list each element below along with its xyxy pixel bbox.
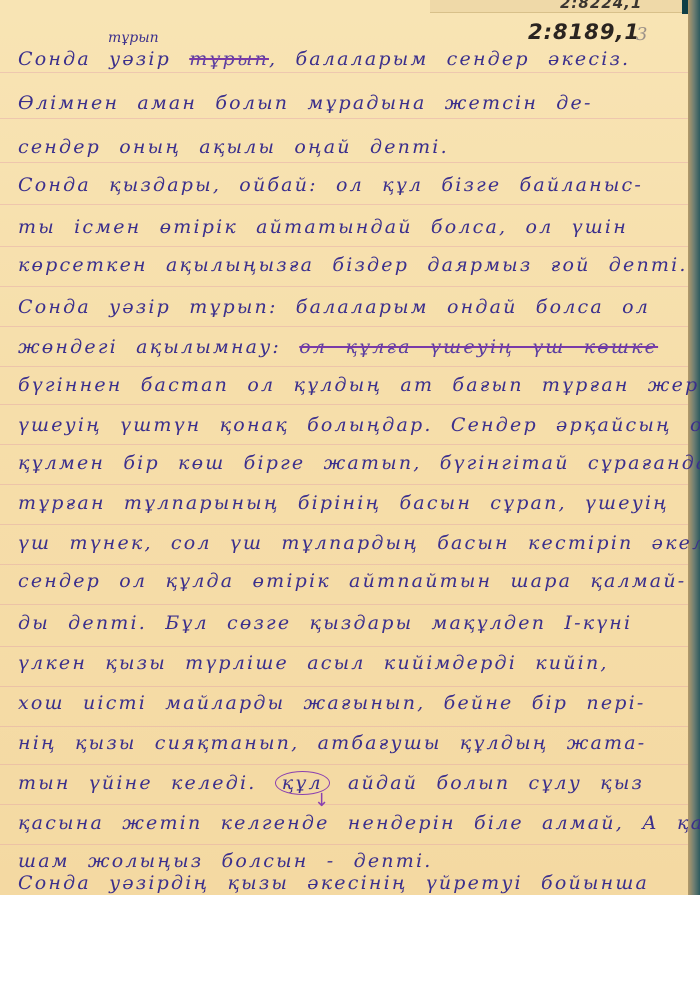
- ruled-line: [0, 366, 688, 367]
- manuscript-line-19: тын үйіне келеді. құл айдай болып сұлу қ…: [18, 772, 644, 794]
- archive-number: 2:8189,1: [528, 20, 640, 44]
- ruled-line: [0, 204, 688, 205]
- page-right-edge: [688, 0, 700, 895]
- manuscript-line-1: Сонда уәзір тұрып, балаларым сендер әкес…: [18, 48, 630, 70]
- manuscript-line-11: құлмен бір көш бірге жатып, бүгінгітай с…: [18, 452, 700, 474]
- manuscript-line-13: үш түнек, сол үш тұлпардың басын кестірі…: [18, 532, 700, 554]
- ruled-line: [0, 646, 688, 647]
- ruled-line: [0, 524, 688, 525]
- manuscript-line-14: сендер ол құлда өтірік айтпайтын шара қа…: [18, 570, 686, 592]
- manuscript-line-8: жөндегі ақылымнау: ол құлға үшеуің үш кө…: [18, 336, 658, 358]
- ruled-line: [0, 764, 688, 765]
- manuscript-line-22: Сонда уәзірдің қызы әкесінің үйретуі бой…: [18, 872, 649, 894]
- ruled-line: [0, 484, 688, 485]
- ruled-line: [0, 72, 688, 73]
- ruled-line: [0, 118, 688, 119]
- struck-phrase: ол құлға үшеуің үш көшке: [299, 336, 658, 358]
- manuscript-page: 2:8224,1 2:8189,1 3 тұрып Сонда уәзір тұ…: [0, 0, 700, 895]
- ruled-line: [0, 162, 688, 163]
- ruled-line: [0, 686, 688, 687]
- struck-word: тұрып: [189, 48, 269, 70]
- manuscript-line-9: бүгіннен бастап ол құлдың ат бағып тұрға…: [18, 374, 700, 396]
- ruled-line: [0, 444, 688, 445]
- archive-number-underlying: 2:8224,1: [560, 0, 642, 12]
- ruled-line: [0, 604, 688, 605]
- manuscript-line-6: көрсеткен ақылыңызға біздер даярмыз ғой …: [18, 254, 688, 276]
- ruled-line: [0, 246, 688, 247]
- ruled-line: [0, 404, 688, 405]
- insertion-arrow-icon: ↓: [314, 790, 329, 811]
- manuscript-line-2: Өлімнен аман болып мұрадына жетсін де-: [18, 92, 593, 114]
- manuscript-line-3: сендер оның ақылы оңай депті.: [18, 136, 449, 158]
- manuscript-line-16: үлкен қызы түрліше асыл кийімдерді кийіп…: [18, 652, 609, 674]
- manuscript-line-21: шам жолыңыз болсын - депті.: [18, 850, 432, 872]
- page-number-mark: 3: [636, 24, 647, 45]
- manuscript-line-5: ты ісмен өтірік айтатындай болса, ол үші…: [18, 216, 628, 238]
- manuscript-line-4: Сонда қыздары, ойбай: ол құл бізге байла…: [18, 174, 643, 196]
- ruled-line: [0, 726, 688, 727]
- ruled-line: [0, 844, 688, 845]
- ruled-line: [0, 804, 688, 805]
- manuscript-line-20: қасына жетіп келгенде нендерін біле алма…: [18, 812, 700, 834]
- manuscript-line-7: Сонда уәзір тұрып: балаларым ондай болса…: [18, 296, 650, 318]
- manuscript-line-10: үшеуің үштүн қонақ болыңдар. Сендер әрқа…: [18, 414, 700, 436]
- manuscript-line-12: тұрған тұлпарының бірінің басын сұрап, ү…: [18, 492, 669, 514]
- handwritten-insertion: тұрып: [108, 30, 159, 46]
- ruled-line: [0, 564, 688, 565]
- manuscript-line-18: нің қызы сияқтанып, атбағушы құлдың жата…: [18, 732, 646, 754]
- ruled-line: [0, 286, 688, 287]
- manuscript-line-17: хош иісті майларды жағынып, бейне бір пе…: [18, 692, 646, 714]
- manuscript-line-15: ды депті. Бұл сөзге қыздары мақұлдеп I-к…: [18, 612, 632, 634]
- ruled-line: [0, 326, 688, 327]
